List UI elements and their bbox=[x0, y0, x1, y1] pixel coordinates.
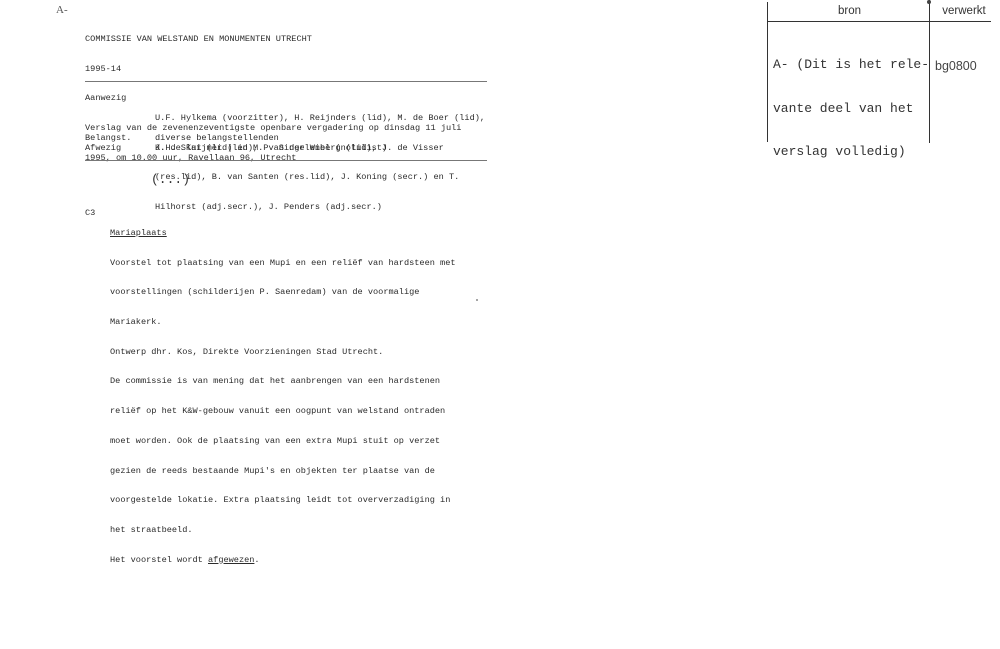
absent-label: Afwezig bbox=[85, 144, 121, 154]
present-list: U.F. Hylkema (voorzitter), H. Reijnders … bbox=[155, 94, 485, 223]
table-header-rule bbox=[767, 21, 991, 22]
divider-top bbox=[85, 81, 487, 82]
item-line: moet worden. Ook de plaatsing van een ex… bbox=[110, 437, 456, 447]
column-header-bron: bron bbox=[770, 5, 929, 17]
item-line: gezien de reeds bestaande Mupi's en obje… bbox=[110, 467, 456, 477]
bron-line: A- (Dit is het rele- bbox=[773, 58, 929, 73]
present-line: U.F. Hylkema (voorzitter), H. Reijnders … bbox=[155, 114, 485, 124]
verwerkt-cell: bg0800 bbox=[935, 59, 977, 73]
item-code: C3 bbox=[85, 209, 95, 219]
item-line: voorgestelde lokatie. Extra plaatsing le… bbox=[110, 496, 456, 506]
bron-line: vante deel van het bbox=[773, 102, 929, 117]
item-line: voorstellingen (schilderijen P. Saenreda… bbox=[110, 288, 456, 298]
scan-speck bbox=[476, 299, 478, 301]
present-label: Aanwezig bbox=[85, 94, 126, 104]
interested-value: diverse belangstellenden bbox=[155, 134, 279, 144]
item-conclusion: Het voorstel wordt afgewezen. bbox=[110, 556, 456, 566]
interested-label: Belangst. bbox=[85, 134, 131, 144]
conclusion-prefix: Het voorstel wordt bbox=[110, 555, 208, 565]
item-line: Mariakerk. bbox=[110, 318, 456, 328]
bron-line: verslag volledig) bbox=[773, 145, 929, 160]
item-title: Mariaplaats bbox=[110, 229, 456, 239]
item-line: Voorstel tot plaatsing van een Mupi en e… bbox=[110, 259, 456, 269]
item-line: het straatbeeld. bbox=[110, 526, 456, 536]
report-number: 1995-14 bbox=[85, 65, 461, 75]
item-body: Mariaplaats Voorstel tot plaatsing van e… bbox=[110, 209, 456, 576]
item-line: Ontwerp dhr. Kos, Direkte Voorzieningen … bbox=[110, 348, 456, 358]
column-divider-tick bbox=[927, 0, 931, 4]
organization-name: COMMISSIE VAN WELSTAND EN MONUMENTEN UTR… bbox=[85, 35, 461, 45]
absent-value: K. de Kat (lid) en M. van der Wiel (notu… bbox=[155, 144, 387, 154]
document-marker: A- bbox=[56, 4, 68, 16]
present-line: (res.lid), B. van Santen (res.lid), J. K… bbox=[155, 173, 485, 183]
item-line: De commissie is van mening dat het aanbr… bbox=[110, 377, 456, 387]
omission-ellipsis: (...) bbox=[151, 172, 190, 187]
conclusion-verdict: afgewezen bbox=[208, 555, 254, 565]
column-header-verwerkt: verwerkt bbox=[931, 5, 997, 17]
item-line: reliëf op het K&W-gebouw vanuit een oogp… bbox=[110, 407, 456, 417]
divider-bottom bbox=[85, 160, 487, 161]
conclusion-suffix: . bbox=[254, 555, 259, 565]
bron-cell: A- (Dit is het rele- vante deel van het … bbox=[773, 29, 929, 174]
table-left-border bbox=[767, 2, 768, 142]
